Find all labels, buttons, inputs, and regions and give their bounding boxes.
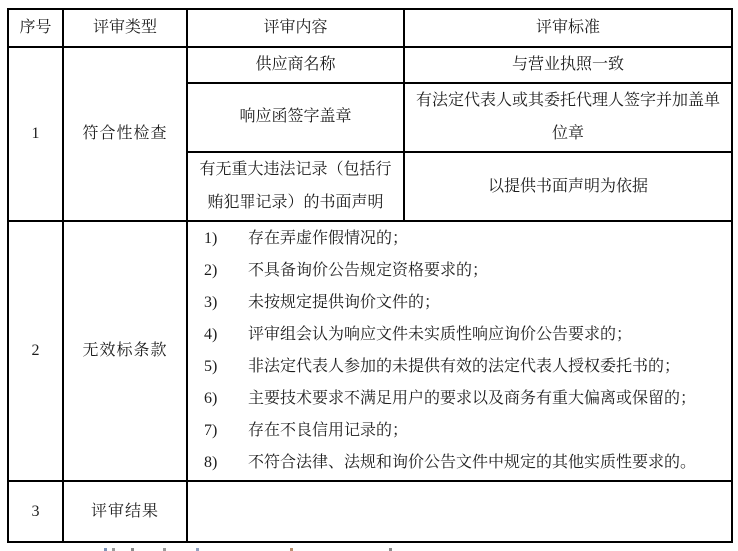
- content-cell-response-letter-seal: 响应函签字盖章: [187, 83, 404, 152]
- clause-number: 7): [194, 415, 248, 447]
- clause-number: 1): [194, 223, 248, 255]
- seq-cell-2: 2: [8, 221, 63, 481]
- type-cell-compliance-check: 符合性检查: [63, 47, 187, 221]
- clause-number: 3): [194, 287, 248, 319]
- clause-text: 不具备询价公告规定资格要求的；: [248, 255, 725, 287]
- list-item: 4) 评审组会认为响应文件未实质性响应询价公告要求的；: [194, 319, 725, 351]
- list-item: 6) 主要技术要求不满足用户的要求以及商务有重大偏离或保留的；: [194, 383, 725, 415]
- standard-cell-written-statement: 以提供书面声明为依据: [404, 152, 732, 221]
- type-cell-review-result: 评审结果: [63, 481, 187, 542]
- clause-text: 主要技术要求不满足用户的要求以及商务有重大偏离或保留的；: [248, 383, 725, 415]
- clause-number: 6): [194, 383, 248, 415]
- table-header-row: 序号 评审类型 评审内容 评审标准: [8, 9, 732, 47]
- table-row: 2 无效标条款 1) 存在弄虚作假情况的； 2) 不具备询价公告规定资格要求的；…: [8, 221, 732, 481]
- clause-number: 5): [194, 351, 248, 383]
- content-cell-violation-record-statement: 有无重大违法记录（包括行贿犯罪记录）的书面声明: [187, 152, 404, 221]
- table-row: 1 符合性检查 供应商名称 与营业执照一致: [8, 47, 732, 83]
- clause-text: 非法定代表人参加的未提供有效的法定代表人授权委托书的；: [248, 351, 725, 383]
- list-item: 3) 未按规定提供询价文件的；: [194, 287, 725, 319]
- invalid-bid-clause-list-cell: 1) 存在弄虚作假情况的； 2) 不具备询价公告规定资格要求的； 3) 未按规定…: [187, 221, 732, 481]
- clause-text: 存在弄虚作假情况的；: [248, 223, 725, 255]
- clause-text: 评审组会认为响应文件未实质性响应询价公告要求的；: [248, 319, 725, 351]
- clause-text: 未按规定提供询价文件的；: [248, 287, 725, 319]
- content-cell-supplier-name: 供应商名称: [187, 47, 404, 83]
- type-cell-invalid-bid-clauses: 无效标条款: [63, 221, 187, 481]
- table-row: 3 评审结果: [8, 481, 732, 542]
- clause-number: 4): [194, 319, 248, 351]
- clause-number: 8): [194, 447, 248, 479]
- clause-text: 不符合法律、法规和询价公告文件中规定的其他实质性要求的。: [248, 447, 725, 479]
- standard-cell-business-license: 与营业执照一致: [404, 47, 732, 83]
- column-header-review-standard: 评审标准: [404, 9, 732, 47]
- clause-number: 2): [194, 255, 248, 287]
- list-item: 5) 非法定代表人参加的未提供有效的法定代表人授权委托书的；: [194, 351, 725, 383]
- review-criteria-table: 序号 评审类型 评审内容 评审标准 1 符合性检查 供应商名称 与营业执照一致 …: [7, 8, 733, 543]
- clause-text: 存在不良信用记录的；: [248, 415, 725, 447]
- list-item: 8) 不符合法律、法规和询价公告文件中规定的其他实质性要求的。: [194, 447, 725, 479]
- column-header-seq: 序号: [8, 9, 63, 47]
- seq-cell-3: 3: [8, 481, 63, 542]
- document-page: 序号 评审类型 评审内容 评审标准 1 符合性检查 供应商名称 与营业执照一致 …: [0, 0, 738, 551]
- list-item: 7) 存在不良信用记录的；: [194, 415, 725, 447]
- list-item: 1) 存在弄虚作假情况的；: [194, 223, 725, 255]
- seq-cell-1: 1: [8, 47, 63, 221]
- clause-list: 1) 存在弄虚作假情况的； 2) 不具备询价公告规定资格要求的； 3) 未按规定…: [194, 222, 725, 480]
- list-item: 2) 不具备询价公告规定资格要求的；: [194, 255, 725, 287]
- review-result-empty-cell: [187, 481, 732, 542]
- column-header-review-content: 评审内容: [187, 9, 404, 47]
- column-header-review-type: 评审类型: [63, 9, 187, 47]
- standard-cell-signature-seal: 有法定代表人或其委托代理人签字并加盖单位章: [404, 83, 732, 152]
